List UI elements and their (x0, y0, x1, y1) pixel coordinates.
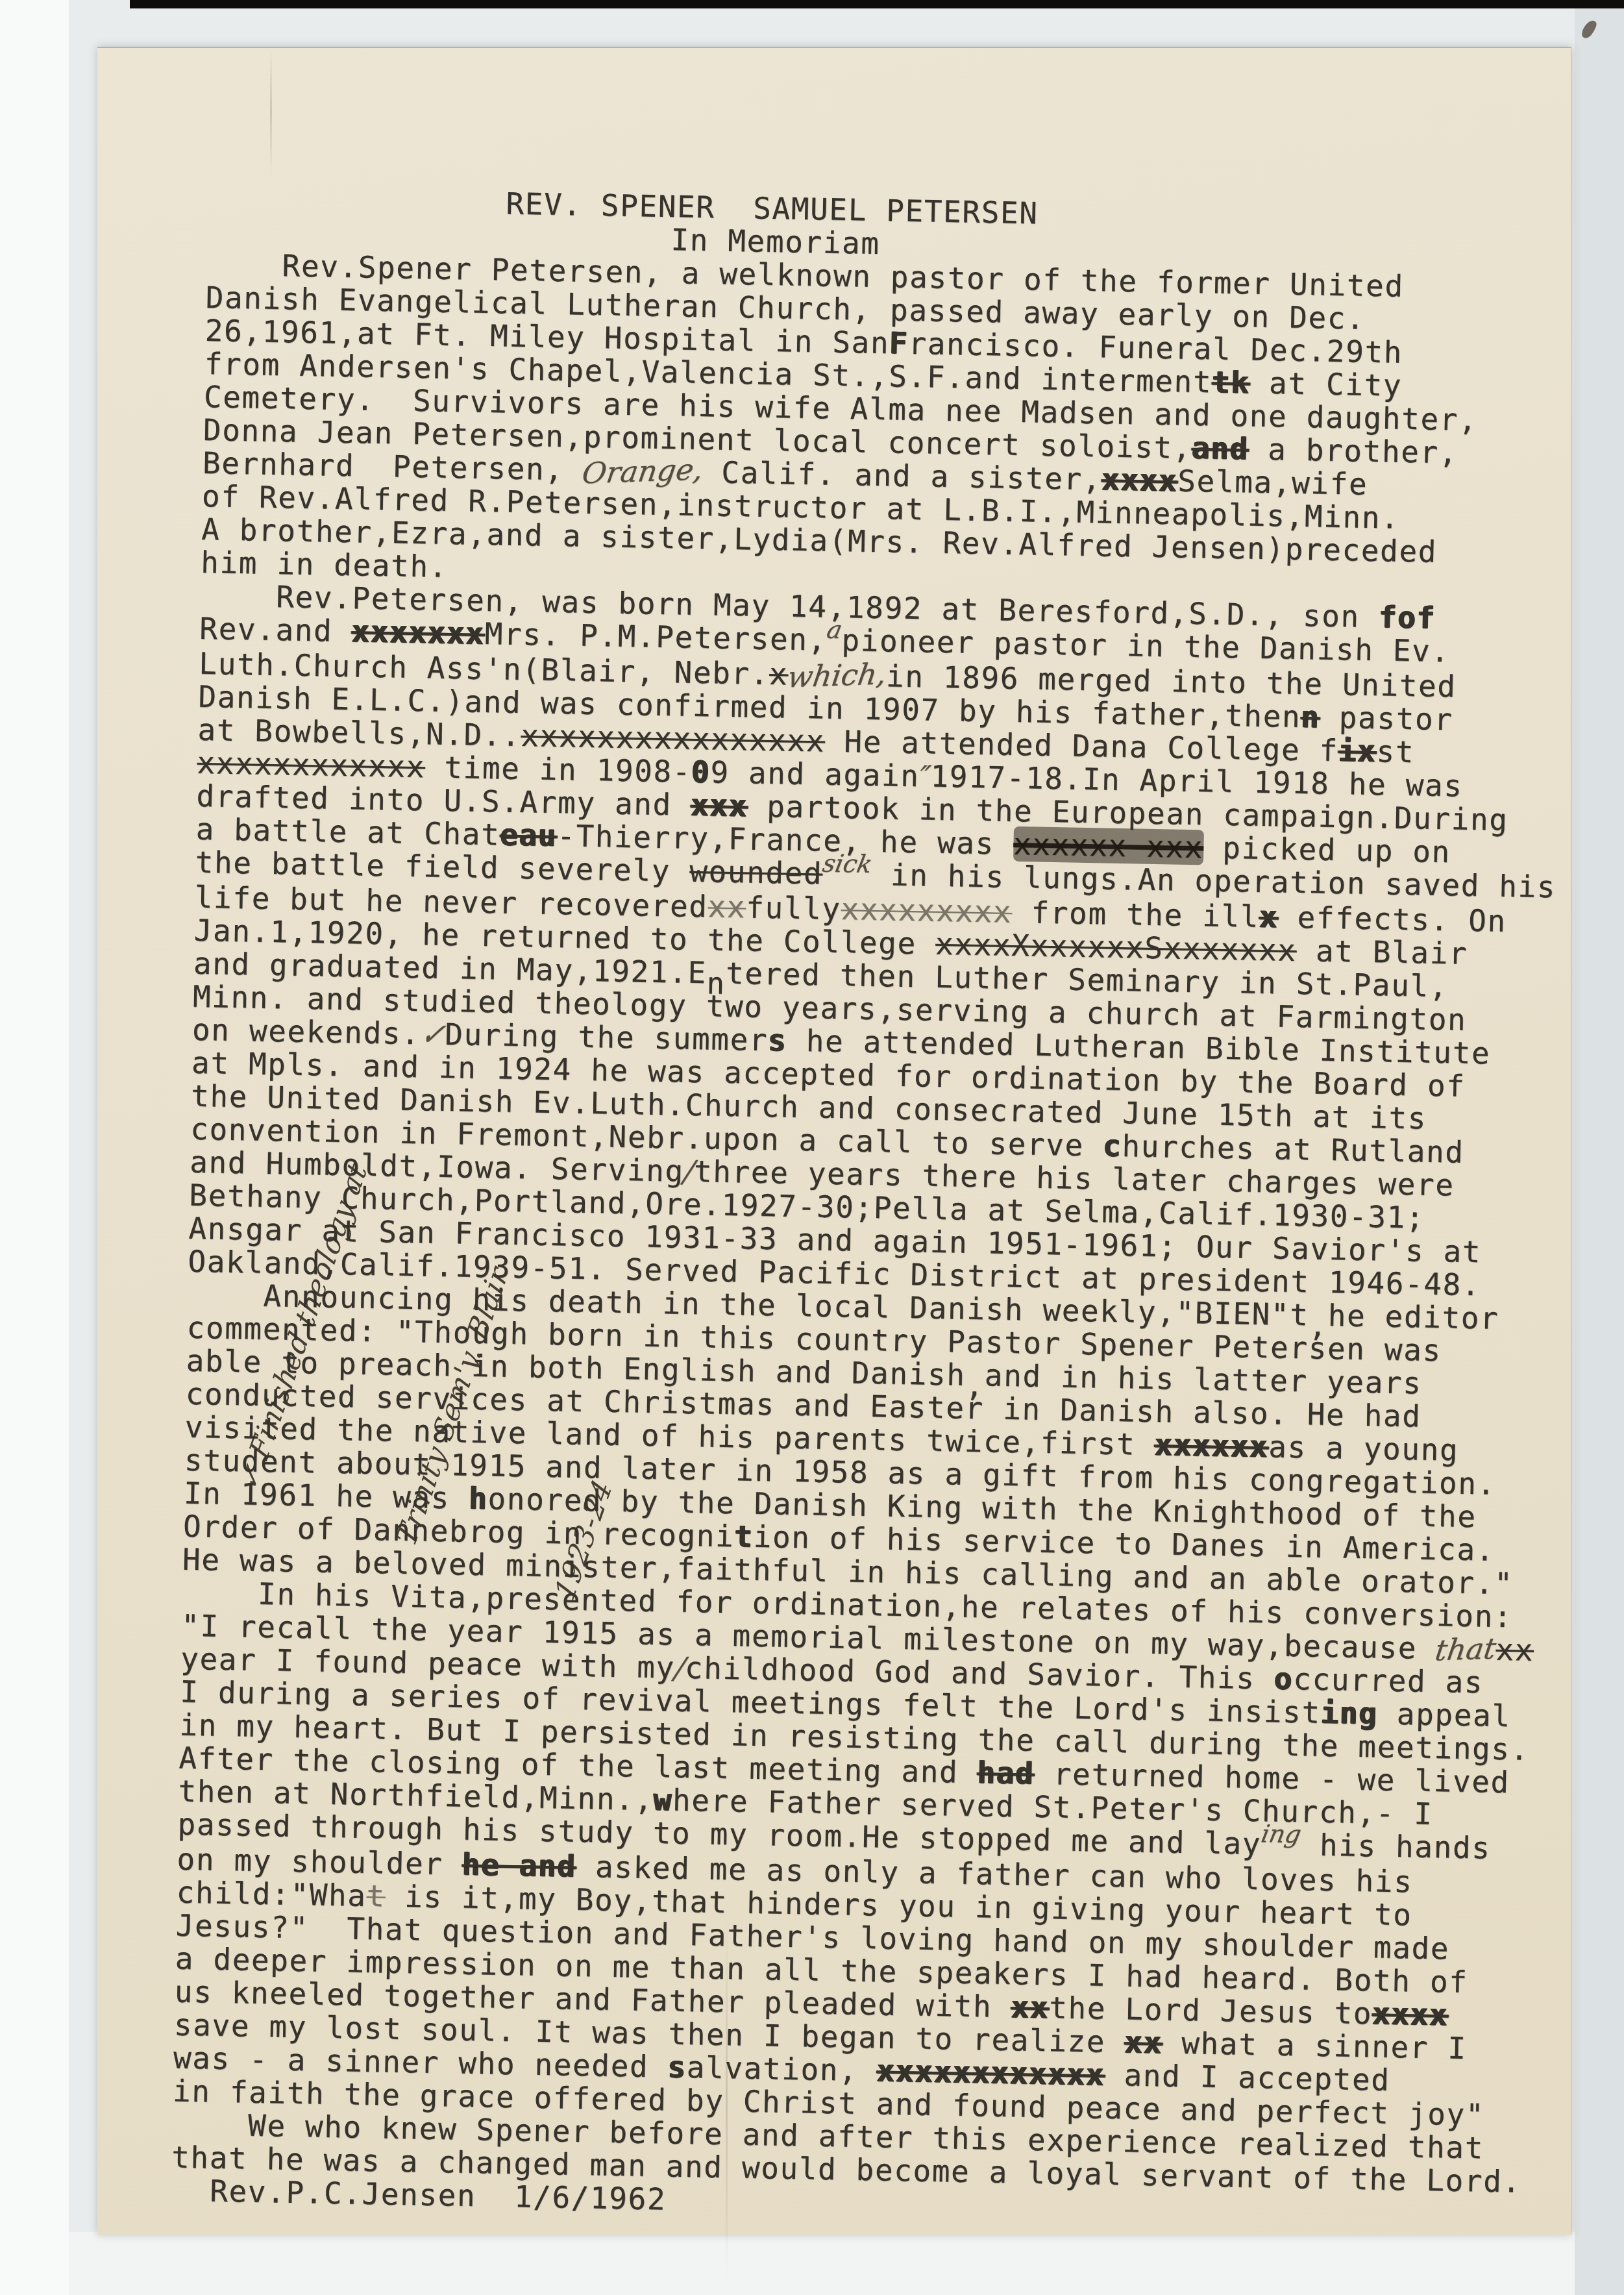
paragraph: Announcing his death in the local Danish… (182, 1278, 1557, 1602)
scan-edge-bar (130, 0, 1624, 8)
overtyped-text: ing (1320, 1695, 1378, 1731)
struck-text: tk (1212, 364, 1251, 400)
struck-text: x (1259, 899, 1279, 935)
text-run: appeal (1377, 1696, 1511, 1733)
struck-text: xxxx (1372, 1996, 1449, 2032)
struck-text: xx (1011, 1989, 1050, 2025)
text-run: pastor (1320, 700, 1453, 738)
text-run: at City (1249, 365, 1402, 403)
text-run: as a young (1268, 1429, 1459, 1467)
document-page: ✓ Finished theology at Trinity Sem'y. Bl… (97, 47, 1571, 2235)
struck-text: x (769, 656, 789, 692)
struck-text: n (1301, 699, 1320, 735)
overtyped-text: o (1274, 1661, 1294, 1696)
handwritten-text: that (1433, 1631, 1498, 1667)
text-run: fully (746, 889, 841, 926)
overtyped-text: , (965, 1368, 985, 1404)
text-run: Selma,wife (1177, 463, 1368, 501)
struck-text: xxxxxx (1154, 1427, 1269, 1464)
overtyped-text: 0 (691, 754, 711, 790)
struck-text: he and (462, 1847, 577, 1884)
handwritten-text: ✓ (418, 1017, 447, 1051)
struck-text: eau (500, 817, 558, 853)
text-run: ccurred as (1293, 1661, 1484, 1700)
struck-text: xx (707, 889, 746, 924)
struck-text: xx (1124, 2024, 1163, 2060)
struck-text: xx (1495, 1632, 1534, 1668)
overtyped-text: h (469, 1481, 488, 1517)
text-run: Mrs. P.M.Petersen, (484, 616, 827, 658)
handwritten-text: which, (785, 657, 889, 693)
overtyped-text: s (667, 2049, 687, 2085)
overtyped-text: n (706, 965, 726, 1001)
struck-text: t (366, 1878, 386, 1914)
text-run: his hands (1300, 1827, 1491, 1865)
scanner-bed-right-strip (1575, 0, 1624, 2295)
handwritten-text: ing (1258, 1817, 1303, 1851)
paragraph: Rev.Spener Petersen, a welknown pastor o… (201, 248, 1576, 604)
overtyped-text: t (734, 1519, 754, 1554)
struck-text: ix (1338, 733, 1377, 769)
text-run: at Blair (1296, 933, 1468, 971)
scanner-bed-bottom-strip (69, 2232, 1575, 2295)
overtyped-text: c (1103, 1128, 1122, 1164)
text-run: Rev.and (199, 611, 352, 649)
overtyped-text: xxxxxx xxx (1013, 826, 1204, 865)
struck-text: wounded (689, 854, 823, 891)
text-run: child:"Wha (176, 1875, 367, 1913)
text-run: Rev.P.C.Jensen 1/6/1962 (210, 2174, 667, 2217)
overtyped-text: , (1309, 1308, 1328, 1343)
text-run: he editor (1327, 1298, 1499, 1336)
text-run: him in death. (201, 545, 449, 584)
overtyped-text: s (768, 1023, 787, 1058)
struck-text: had (977, 1755, 1035, 1791)
struck-text: and (1192, 430, 1249, 467)
scanner-bed-left-strip (0, 0, 69, 2295)
struck-text: xxxxxxx (351, 614, 485, 651)
struck-text: xxxx (1101, 462, 1178, 498)
paragraph: In his Vita,presented for ordination,he … (173, 1576, 1552, 2133)
scan-page: ✓ Finished theology at Trinity Sem'y. Bl… (0, 0, 1624, 2295)
text-run: alvation, (686, 2050, 877, 2088)
handwritten-text: Orange, (580, 453, 705, 490)
overtyped-text: w (653, 1782, 672, 1818)
text-block: REV. SPENER SAMUEL PETERSENIn MemoriamRe… (171, 182, 1577, 2232)
handwritten-text: sick (820, 847, 875, 881)
struck-text: xxx (691, 788, 748, 824)
overtyped-text: F (889, 325, 909, 361)
paper-crease (270, 49, 272, 173)
text-run: st (1376, 734, 1415, 769)
overtyped-text: fof (1379, 599, 1436, 636)
struck-text: xxxxxxxxx (841, 891, 1013, 930)
paragraph: Rev.Petersen, was born May 14,1892 at Be… (188, 579, 1569, 1303)
